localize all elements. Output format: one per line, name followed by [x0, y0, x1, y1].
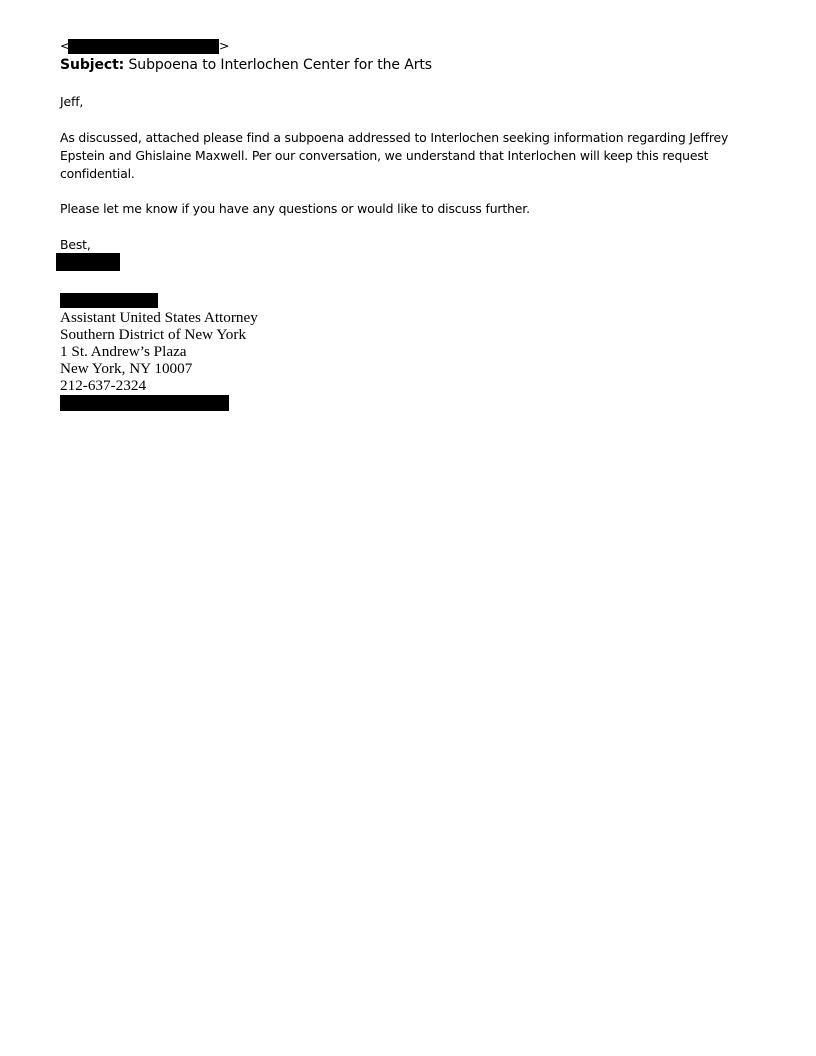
close-angle-bracket: >	[219, 38, 229, 53]
redacted-signature-name	[60, 293, 158, 308]
paragraph-1-line-2: Epstein and Ghislaine Maxwell. Per our c…	[60, 147, 728, 165]
closing: Best,	[60, 237, 91, 252]
body-paragraph-1: As discussed, attached please find a sub…	[60, 129, 728, 183]
redacted-email-address	[68, 39, 219, 54]
subject-line: Subject: Subpoena to Interlochen Center …	[60, 57, 432, 73]
paragraph-1-line-1: As discussed, attached please find a sub…	[60, 129, 728, 147]
signature-office: Southern District of New York	[60, 326, 246, 344]
subject-value: Subpoena to Interlochen Center for the A…	[129, 57, 432, 73]
body-paragraph-2: Please let me know if you have any quest…	[60, 201, 530, 216]
paragraph-1-line-3: confidential.	[60, 165, 728, 183]
signature-city: New York, NY 10007	[60, 360, 192, 378]
subject-label: Subject:	[60, 57, 124, 73]
signature-street: 1 St. Andrew’s Plaza	[60, 343, 187, 361]
greeting: Jeff,	[60, 94, 83, 109]
signature-title: Assistant United States Attorney	[60, 309, 258, 327]
redacted-signature-email	[60, 395, 229, 411]
redacted-signoff-name	[56, 253, 120, 271]
signature-phone: 212-637-2324	[60, 377, 146, 395]
